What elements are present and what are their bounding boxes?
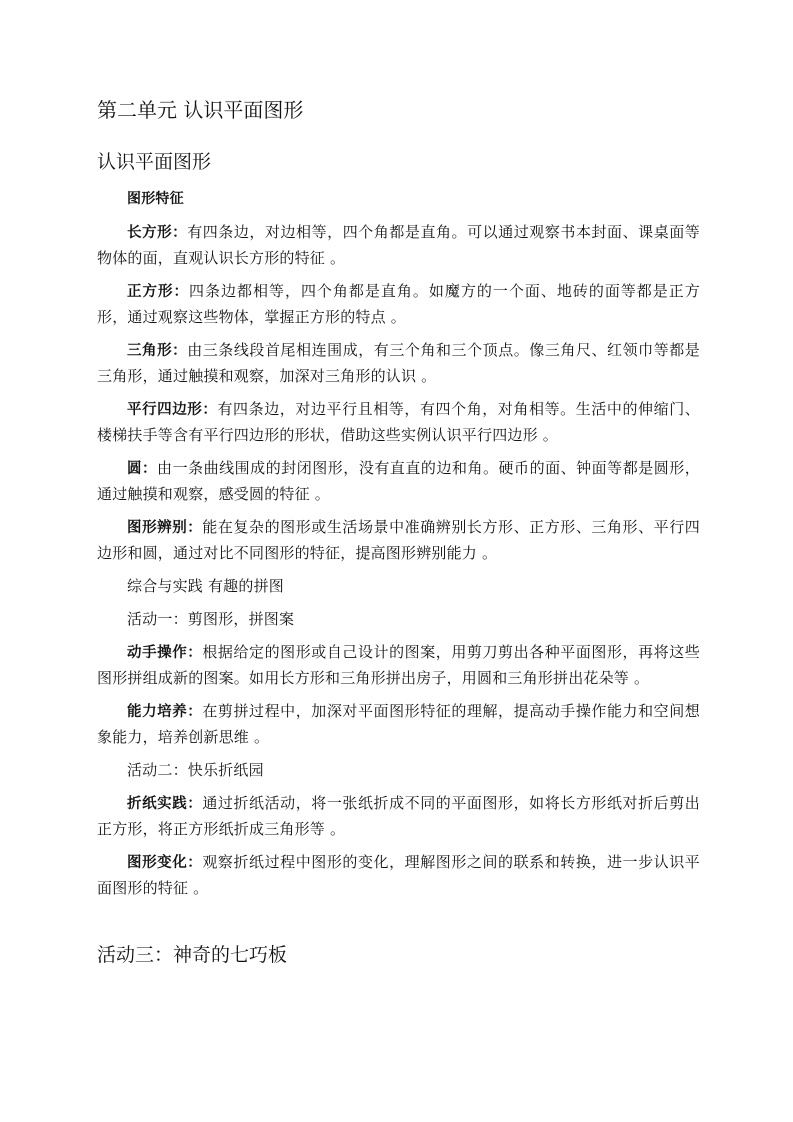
term-label: 折纸实践：: [127, 796, 202, 812]
feature-text: 由一条曲线围成的封闭图形，没有直直的边和角。硬币的面、钟面等都是圆形，通过触摸和…: [97, 459, 700, 503]
activity2-title: 活动二：快乐折纸园: [97, 758, 700, 783]
term-label: 能力培养：: [127, 704, 202, 720]
activity2-origami: 折纸实践：通过折纸活动，将一张纸折成不同的平面图形，如将长方形纸对折后剪出正方形…: [97, 791, 700, 842]
feature-triangle: 三角形：由三条线段首尾相连围成，有三个角和三个顶点。像三角尺、红领巾等都是三角形…: [97, 338, 700, 389]
section-title: 认识平面图形: [97, 150, 211, 174]
document-body: 图形特征 长方形：有四条边，对边相等，四个角都是直角。可以通过观察书本封面、课桌…: [97, 187, 700, 909]
term-label: 平行四边形：: [127, 402, 217, 418]
feature-parallelogram: 平行四边形：有四条边，对边平行且相等，有四个角，对角相等。生活中的伸缩门、楼梯扶…: [97, 397, 700, 448]
term-label: 图形变化：: [127, 855, 202, 871]
feature-circle: 圆：由一条曲线围成的封闭图形，没有直直的边和角。硬币的面、钟面等都是圆形，通过触…: [97, 456, 700, 507]
feature-text: 由三条线段首尾相连围成，有三个角和三个顶点。像三角尺、红领巾等都是三角形，通过触…: [97, 341, 700, 385]
activity3-title: 活动三：神奇的七巧板: [97, 943, 287, 967]
feature-rectangle: 长方形：有四条边，对边相等，四个角都是直角。可以通过观察书本封面、课桌面等物体的…: [97, 220, 700, 271]
term-label: 正方形：: [127, 284, 189, 300]
activity2-shape-change: 图形变化：观察折纸过程中图形的变化，理解图形之间的联系和转换，进一步认识平面图形…: [97, 850, 700, 901]
term-label: 圆：: [127, 461, 157, 477]
feature-shape-recognition: 图形辨别：能在复杂的图形或生活场景中准确辨别长方形、正方形、三角形、平行四边形和…: [97, 515, 700, 566]
activity1-ability: 能力培养：在剪拼过程中，加深对平面图形特征的理解，提高动手操作能力和空间想象能力…: [97, 699, 700, 750]
activity1-title: 活动一：剪图形，拼图案: [97, 607, 700, 632]
feature-square: 正方形：四条边都相等，四个角都是直角。如魔方的一个面、地砖的面等都是正方形，通过…: [97, 279, 700, 330]
term-label: 长方形：: [127, 225, 187, 241]
term-label: 图形辨别：: [127, 520, 202, 536]
subsection-label: 图形特征: [97, 187, 700, 212]
term-label: 动手操作：: [127, 645, 202, 661]
term-label: 三角形：: [127, 343, 187, 359]
feature-text: 有四条边，对边相等，四个角都是直角。可以通过观察书本封面、课桌面等物体的面，直观…: [97, 223, 700, 267]
practice-title: 综合与实践 有趣的拼图: [97, 574, 700, 599]
activity1-hands-on: 动手操作：根据给定的图形或自己设计的图案，用剪刀剪出各种平面图形，再将这些图形拼…: [97, 640, 700, 691]
unit-title: 第二单元 认识平面图形: [97, 97, 303, 123]
